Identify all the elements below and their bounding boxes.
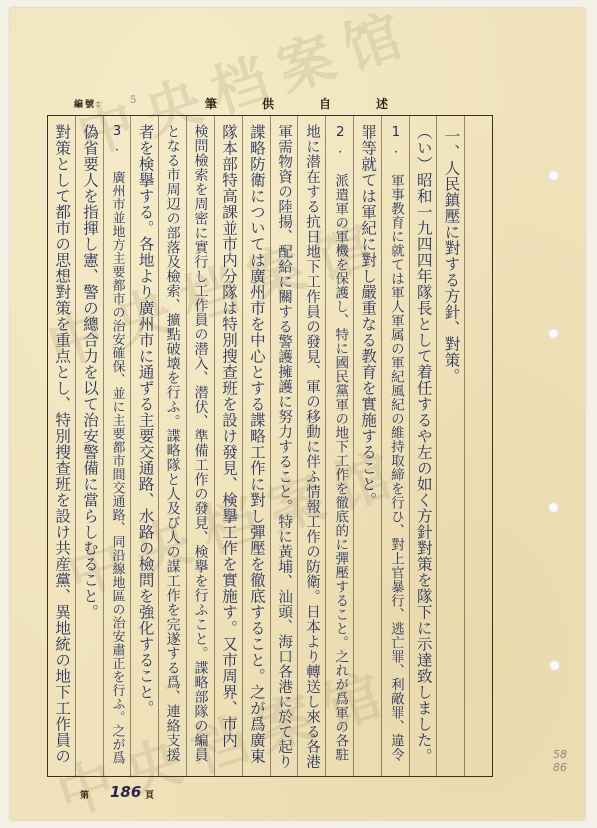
title-char: 供 [262, 95, 274, 112]
handwritten-line: 1. 軍事教育に就ては軍人軍属の軍紀風紀の維持取締を行ひ、對上官暴行、逃亡罪、利… [388, 124, 402, 762]
page-number: 186 [110, 783, 141, 801]
handwritten-line: 罪等就ては軍紀に對し嚴重なる教育を實施すること。 [360, 124, 376, 508]
text-column: 諜略防衛については廣州市を中心とする諜略工作に對し彈壓を徹底すること。之が爲廣東 [242, 116, 270, 776]
handwritten-line: 偽省要人を指揮し憲、警の總合力を以て治安警備に當らしむること。 [81, 124, 97, 620]
handwritten-line: 一、人民鎮壓に對する方針、對策。 [443, 128, 459, 384]
writing-grid: 一、人民鎮壓に對する方針、對策。（い）昭和一九四四年隊長として着任するや左の如く… [47, 115, 493, 777]
text-column: 者を検擧する。各地より廣州市に通ずる主要交通路、水路の檢問を強化すること。 [130, 116, 158, 776]
text-column: 罪等就ては軍紀に對し嚴重なる教育を實施すること。 [353, 116, 381, 776]
text-column: （い）昭和一九四四年隊長として着任するや左の如く方針對策を隊下に示達致しました。 [409, 116, 437, 776]
page-unit: 頁 [145, 788, 154, 801]
handwritten-line: 隊本部特高課並市内分隊は特別搜查班を設け發見、検擧工作を實施す。又市周界、市内 [221, 124, 237, 748]
handwritten-line: 對策として都市の思想對策を重点とし、特別搜查班を設け共産黨、異地統の地下工作員の [54, 124, 70, 764]
punch-hole [548, 170, 559, 181]
handwritten-line: 3. 廣州市並地方主要都市の治安確保、並に主要都市間交通路、同沿線地區の治安肅正… [111, 124, 124, 765]
text-column: 對策として都市の思想對策を重点とし、特別搜查班を設け共産黨、異地統の地下工作員の [48, 116, 75, 776]
handwritten-line: 2. 派遣軍の軍機を保護し、特に國民黨軍の地下工作を徹底的に彈壓すること。之れが… [333, 124, 347, 762]
text-column: 3. 廣州市並地方主要都市の治安確保、並に主要都市間交通路、同沿線地區の治安肅正… [103, 116, 131, 776]
text-column: となる市周辺の部落及檢索、擴點破壊を行ふ。諜略隊と人及び人の謀工作を完遂する爲、… [158, 116, 186, 776]
title-char: 筆 [205, 95, 217, 112]
text-column: 検問檢索を周密に實行し工作員の潜入、潜伏、準備工作の發見、検擧を行ふこと。諜略部… [186, 116, 214, 776]
title-char: 自 [319, 95, 331, 112]
handwritten-line: 軍需物資の陸揚、配給に關する警護擁護に努力すること。特に黃埔、汕頭、海口各港に於… [277, 124, 292, 769]
margin-note: 58 86 [553, 748, 567, 774]
text-column: 一、人民鎮壓に對する方針、對策。 [436, 116, 464, 776]
handwritten-line: となる市周辺の部落及檢索、擴點破壊を行ふ。諜略隊と人及び人の謀工作を完遂する爲、… [166, 124, 180, 762]
serial-number: 5 [130, 95, 136, 106]
handwritten-line: （い）昭和一九四四年隊長として着任するや左の如く方針對策を隊下に示達致しました。 [415, 124, 431, 764]
serial-label: 編號： [74, 97, 107, 110]
handwritten-line: 地に潜在する抗日地下工作員の發見、軍の移動に伴ふ情報工作の防衛。日本より轉送し來… [304, 124, 319, 769]
handwritten-line: 検問檢索を周密に實行し工作員の潜入、潜伏、準備工作の發見、検擧を行ふこと。諜略部… [193, 124, 207, 762]
margin-note-line: 86 [553, 761, 567, 774]
text-column: 2. 派遣軍の軍機を保護し、特に國民黨軍の地下工作を徹底的に彈壓すること。之れが… [325, 116, 353, 776]
text-column [464, 116, 492, 776]
text-column: 隊本部特高課並市内分隊は特別搜查班を設け發見、検擧工作を實施す。又市周界、市内 [214, 116, 242, 776]
handwritten-line: 者を検擧する。各地より廣州市に通ずる主要交通路、水路の檢問を強化すること。 [137, 124, 153, 716]
text-column: 1. 軍事教育に就ては軍人軍属の軍紀風紀の維持取締を行ひ、對上官暴行、逃亡罪、利… [381, 116, 409, 776]
punch-hole [549, 660, 560, 671]
page-label: 第 [80, 788, 89, 801]
punch-hole [548, 502, 559, 513]
text-column: 偽省要人を指揮し憲、警の總合力を以て治安警備に當らしむること。 [75, 116, 103, 776]
document-title: 筆 供 自 述 [205, 95, 388, 112]
title-char: 述 [376, 95, 388, 112]
text-column: 軍需物資の陸揚、配給に關する警護擁護に努力すること。特に黃埔、汕頭、海口各港に於… [270, 116, 298, 776]
punch-hole [548, 328, 559, 339]
text-column: 地に潜在する抗日地下工作員の發見、軍の移動に伴ふ情報工作の防衛。日本より轉送し來… [297, 116, 325, 776]
margin-note-line: 58 [553, 748, 567, 761]
handwritten-line: 諜略防衛については廣州市を中心とする諜略工作に對し彈壓を徹底すること。之が爲廣東 [248, 124, 264, 764]
